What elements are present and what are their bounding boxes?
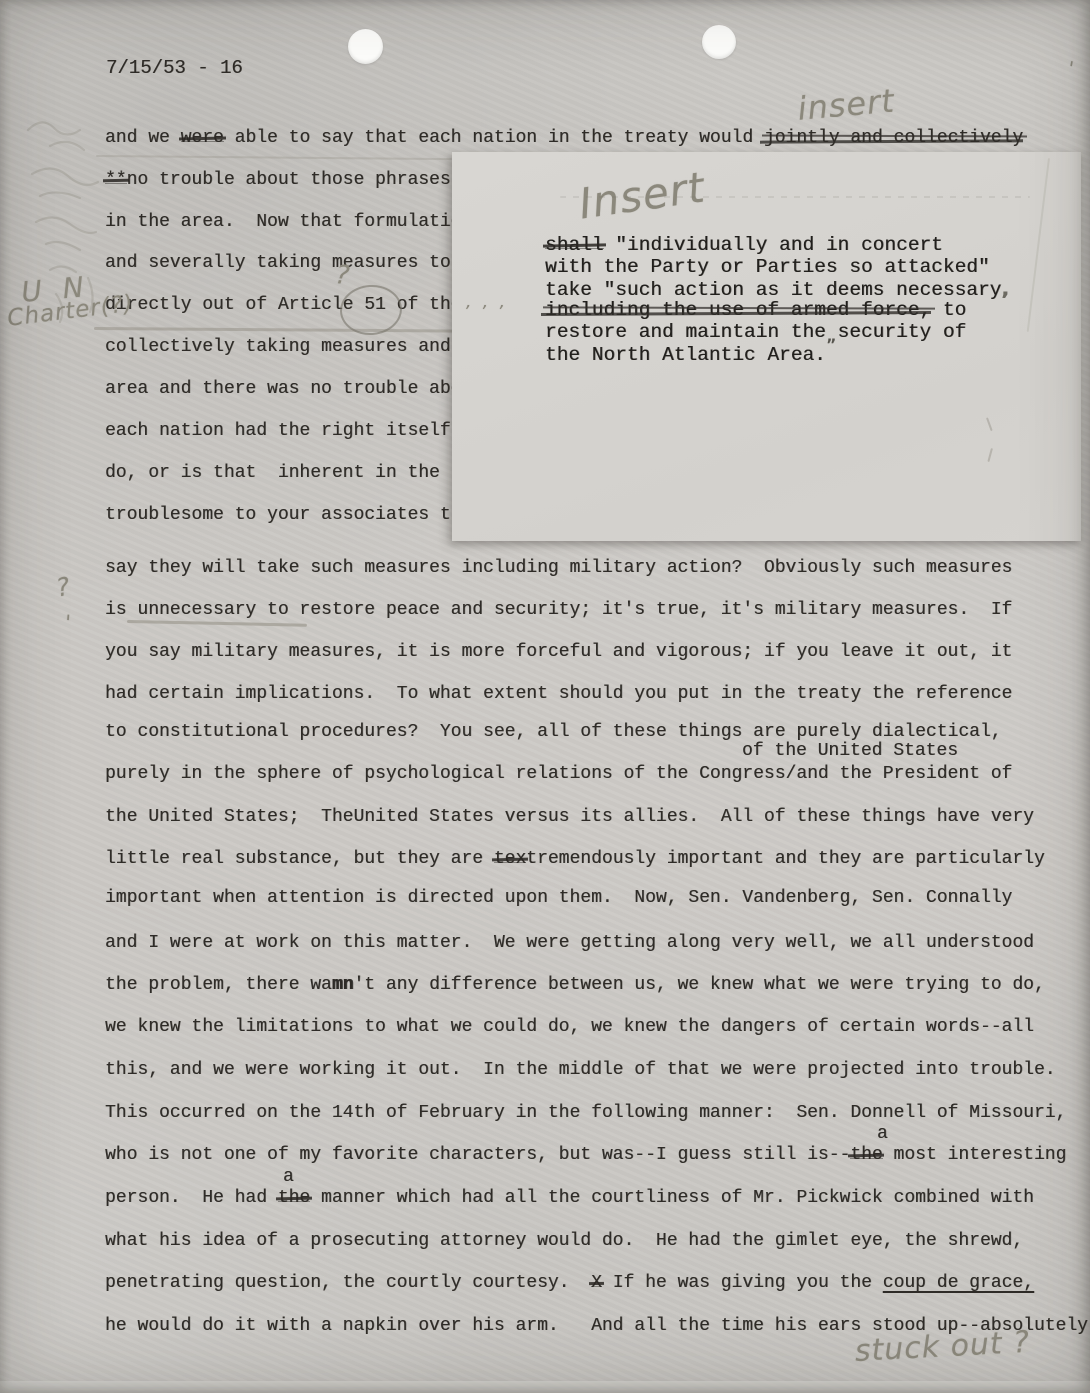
typed-seg: restore and maintain the security of [545,321,966,343]
typed-seg: the United States; TheUnited States vers… [105,807,1034,827]
typed-line: area and there was no trouble abo [105,379,461,399]
typed-line: who is not one of my favorite characters… [105,1145,1066,1165]
slip-margin-marks: ‚ ‚ ‚ [466,292,508,312]
typed-seg: each nation had the right itself [105,421,451,441]
typed-seg: who is not one of my favorite characters… [105,1145,850,1165]
typed-seg: area and there was no trouble abo [105,379,461,399]
typed-line: **no trouble about those phrases- [105,170,461,190]
slip-typed-line: restore and maintain the security of [545,322,966,343]
typed-line: in the area. Now that formulatio [105,212,461,232]
typed-seg: purely in the sphere of psychological re… [105,764,1012,784]
typed-seg-st: shall [545,234,604,256]
typed-seg: important when attention is directed upo… [105,888,1012,908]
typed-seg: do, or is that inherent in the s [105,463,461,483]
typed-line: the United States; TheUnited States vers… [105,807,1034,827]
article-51-question-mark: ? [334,260,352,291]
typed-line: the problem, there wamn't any difference… [105,975,1045,995]
handwritten-insert-note: insert [796,82,896,128]
typed-seg: no trouble about those phrases- [127,170,462,190]
typed-insert-a-above-the-2: a [283,1167,294,1187]
typed-seg: If he was giving you the [602,1273,883,1293]
typed-seg: tremendously important and they are part… [526,849,1044,869]
typed-seg: with the Party or Parties so attacked" [545,256,990,278]
slip-dotted-pencil-line [560,196,1030,198]
typed-seg: the problem, there wa [105,975,332,995]
typed-seg: to [931,299,966,321]
stray-mark-top-right: ' [1066,58,1076,80]
pencil-underline-unnecessary [127,620,307,627]
typed-seg: penetrating question, the courtly courte… [105,1273,591,1293]
pencil-underline-article-line [94,327,464,332]
typed-line: penetrating question, the courtly courte… [105,1273,1034,1293]
slip-typed-line: the North Atlantic Area.” [545,343,836,366]
typed-seg: "individually and in concert [604,234,943,256]
typed-seg: to constitutional procedures? You see, a… [105,722,1002,742]
typed-line: collectively taking measures and [105,337,451,357]
page-date-number: 7/15/53 - 16 [106,57,243,79]
punch-hole [348,29,383,64]
slip-typed-line: with the Party or Parties so attacked" [545,257,990,278]
typed-seg: little real substance, but they are [105,849,494,869]
typed-seg: troublesome to your associates th [105,505,461,525]
margin-question-mark: ? [54,572,73,603]
pasted-insert-slip: shall "individually and in concertwith t… [452,152,1081,541]
typed-line: and severally taking measures to [105,253,451,273]
typed-line: this, and we were working it out. In the… [105,1060,1056,1080]
typed-seg: and we [105,128,181,148]
typed-seg: we knew the limitations to what we could… [105,1017,1034,1037]
typed-seg: able to say that each nation in the trea… [224,128,764,148]
pencil-underline-first-line [96,155,452,160]
typed-seg-pcs: ” [826,335,836,358]
typed-seg-st: the [278,1188,310,1208]
typed-seg: most interesting [883,1145,1067,1165]
typed-seg: say they will take such measures includi… [105,558,1012,578]
typed-seg: you say military measures, it is more fo… [105,642,1012,662]
typed-seg-st: the [850,1145,882,1165]
margin-tick: ' [64,610,72,634]
typed-seg-st2: including the use of armed force, [545,299,931,321]
typed-line: This occurred on the 14th of February in… [105,1103,1066,1123]
typed-line: say they will take such measures includi… [105,558,1012,578]
typed-seg-bd: mn [332,975,354,995]
typed-seg: 't any difference between us, we knew wh… [353,975,1044,995]
document-page: 7/15/53 - 16 and we were able to say tha… [0,0,1090,1393]
typed-line: what his idea of a prosecuting attorney … [105,1231,1023,1251]
typed-seg: This occurred on the 14th of February in… [105,1103,1066,1123]
typed-seg: and I were at work on this matter. We we… [105,933,1034,953]
typed-line: and I were at work on this matter. We we… [105,933,1034,953]
typed-seg-st: tex [494,849,526,869]
typed-seg: in the area. Now that formulatio [105,212,461,232]
typed-line: you say military measures, it is more fo… [105,642,1012,662]
typed-seg: directly out of Article 51 of the [105,295,461,315]
typed-line: each nation had the right itself [105,421,451,441]
typed-seg: person. He had [105,1188,278,1208]
typed-seg-st: were [181,128,224,148]
typed-interline-of-the-united-states: of the United States [742,741,958,761]
slip-typed-line: take "such action as it deems necessary, [545,278,1009,301]
typed-line: do, or is that inherent in the s [105,463,461,483]
typed-line: purely in the sphere of psychological re… [105,764,1012,784]
typed-line: we knew the limitations to what we could… [105,1017,1034,1037]
typed-line: person. He had the manner which had all … [105,1188,1034,1208]
typed-seg-ul: coup de grace, [883,1273,1034,1293]
typed-insert-a-above-the-1: a [877,1124,888,1144]
typed-seg: what his idea of a prosecuting attorney … [105,1231,1023,1251]
typed-seg-st2: jointly and collectively [764,128,1023,148]
typed-seg: is unnecessary to restore peace and secu… [105,600,1012,620]
typed-seg: manner which had all the courtliness of … [310,1188,1034,1208]
typed-seg: take "such action as it deems necessary [545,279,1001,301]
typed-line: directly out of Article 51 of the [105,295,461,315]
typed-seg: collectively taking measures and [105,337,451,357]
typed-seg: this, and we were working it out. In the… [105,1060,1056,1080]
slip-typed-line: shall "individually and in concert [545,235,943,256]
typed-line: important when attention is directed upo… [105,888,1012,908]
typed-seg-pc: , [1001,277,1008,300]
typed-line: little real substance, but they are text… [105,849,1045,869]
typed-line: troublesome to your associates th [105,505,461,525]
typed-line: and we were able to say that each nation… [105,128,1023,148]
typed-seg-st: X [591,1273,602,1293]
typed-line: to constitutional procedures? You see, a… [105,722,1002,742]
typed-seg: had certain implications. To what extent… [105,684,1012,704]
typed-line: had certain implications. To what extent… [105,684,1012,704]
typed-line: is unnecessary to restore peace and secu… [105,600,1012,620]
typed-seg: and severally taking measures to [105,253,451,273]
typed-seg: the North Atlantic Area. [545,344,826,366]
punch-hole [702,25,736,59]
scan-bottom-edge [0,1381,1090,1393]
slip-typed-line: including the use of armed force, to [545,300,966,321]
